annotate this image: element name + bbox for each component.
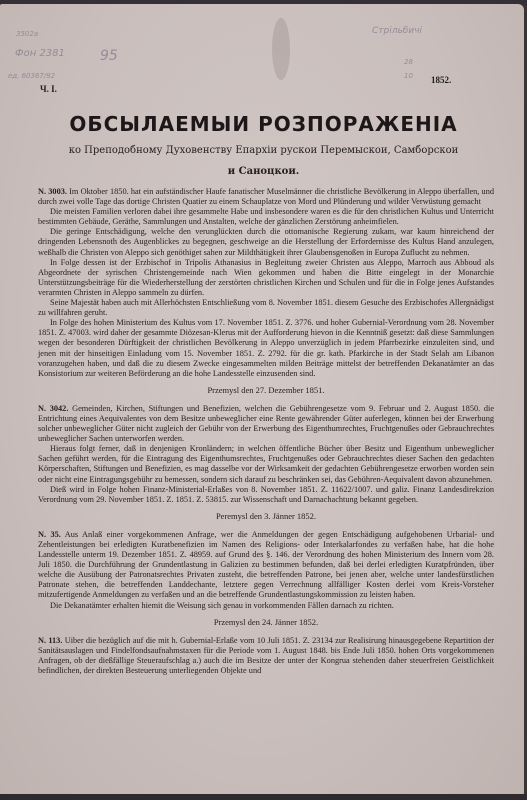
paragraph: N. 3042. Gemeinden, Kirchen, Stiftungen … — [38, 404, 494, 444]
paragraph: Dieß wird in Folge hohen Finanz-Minister… — [38, 485, 494, 505]
year-label: 1852. — [431, 75, 451, 85]
paragraph: In Folge dessen ist der Erzbischof in Tr… — [38, 258, 494, 298]
document-body: N. 3003. Im Oktober 1850. hat ein aufstä… — [38, 187, 494, 676]
paragraph: Hieraus folgt ferner, daß in denjenigen … — [38, 444, 494, 484]
paragraph-text: Aus Anlaß einer vorgekommenen Anfrage, w… — [38, 530, 494, 600]
section-113: N. 113. Uiber die bezüglich auf die mit … — [38, 636, 494, 676]
section-number: N. 3003. — [38, 187, 67, 196]
scan-bottom-edge — [0, 794, 527, 800]
archive-mark-num-1: 28 — [404, 58, 413, 66]
paragraph: N. 35. Aus Anlaß einer vorgekommenen Anf… — [38, 530, 494, 601]
paragraph: N. 3003. Im Oktober 1850. hat ein aufstä… — [38, 187, 494, 207]
archive-mark-fond: Фон 2381 — [15, 48, 65, 59]
paragraph: In Folge des hohen Ministerium des Kultu… — [38, 318, 494, 379]
paragraph: Die Dekanatämter erhalten hiemit die Wei… — [38, 601, 494, 611]
paragraph-text: Gemeinden, Kirchen, Stiftungen und Benef… — [38, 404, 494, 443]
archive-mark-1: 3502a — [16, 30, 38, 38]
archive-mark-place: Стрільбичі — [372, 26, 422, 36]
paragraph-text: Im Oktober 1850. hat ein aufständischer … — [38, 187, 494, 206]
dateline: Przemysl den 24. Jänner 1852. — [38, 617, 494, 627]
document-title: ОБСЫЛАЕМЫИ РОЗПОРАЖЕНІА — [0, 112, 527, 136]
archive-page-number: 95 — [100, 48, 118, 64]
section-3042: N. 3042. Gemeinden, Kirchen, Stiftungen … — [38, 404, 494, 521]
document-subtitle-line1: ко Преподобному Духовенству Епархіи руск… — [0, 145, 527, 156]
dateline: Peremysl den 3. Jänner 1852. — [38, 511, 494, 521]
section-number: N. 35. — [38, 530, 61, 539]
archive-mark-unit: ед. 60367/92 — [8, 72, 55, 80]
paragraph-text: Uiber die bezüglich auf die mit h. Guber… — [38, 636, 494, 675]
document-page: 3502a Фон 2381 ед. 60367/92 95 Стрільбич… — [0, 4, 524, 796]
section-35: N. 35. Aus Anlaß einer vorgekommenen Anf… — [38, 530, 494, 627]
document-subtitle-line2: и Саноцкои. — [0, 166, 527, 177]
paper-stain — [272, 18, 290, 80]
dateline: Przemysl den 27. Dezember 1851. — [38, 385, 494, 395]
paragraph: Seine Majestät haben auch mit Allerhöchs… — [38, 298, 494, 318]
section-number: N. 113. — [38, 636, 62, 645]
section-3003: N. 3003. Im Oktober 1850. hat ein aufstä… — [38, 187, 494, 395]
archive-mark-num-2: 10 — [404, 72, 413, 80]
paragraph: Die geringe Entschädigung, welche den ve… — [38, 227, 494, 257]
part-number: Ч. I. — [40, 84, 57, 94]
paragraph: Die meisten Familien verloren dabei ihre… — [38, 207, 494, 227]
section-number: N. 3042. — [38, 404, 68, 413]
paragraph: N. 113. Uiber die bezüglich auf die mit … — [38, 636, 494, 676]
